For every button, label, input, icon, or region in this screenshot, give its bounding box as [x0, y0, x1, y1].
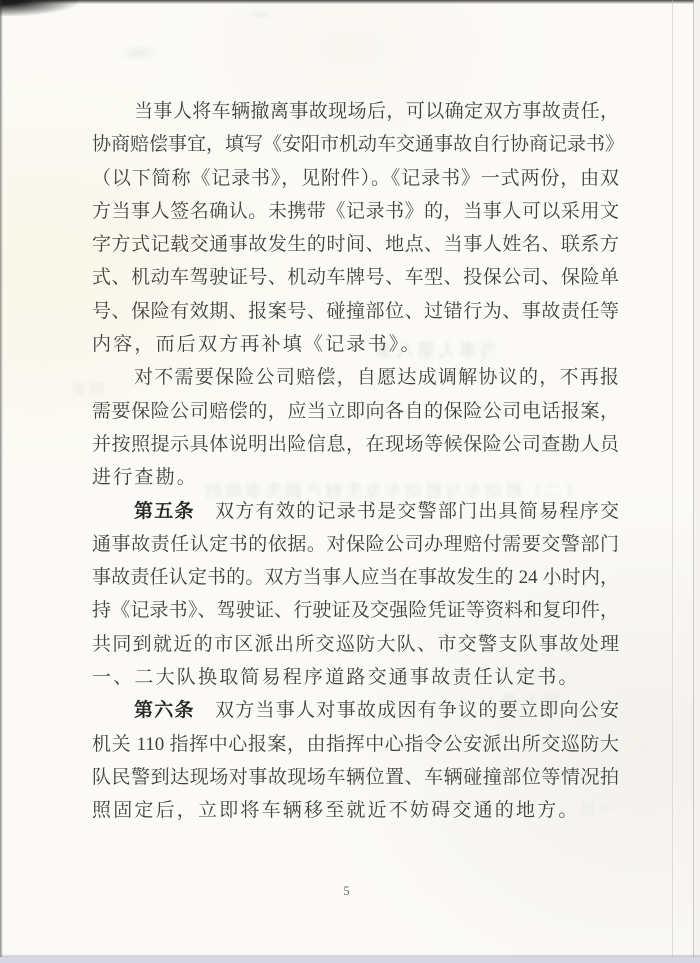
text-line: 一、二大队换取简易程序道路交通事故责任认定书。: [92, 661, 619, 694]
text-line: 协商赔偿事宜，填写《安阳市机动车交通事故自行协商记录书》: [92, 128, 619, 161]
scan-smudge: [118, 44, 160, 62]
text-block: 当事人将车辆撤离事故现场后，可以确定双方事故责任，协商赔偿事宜，填写《安阳市机动…: [92, 95, 619, 828]
text-line: 队民警到达现场对事故现场车辆位置、车辆碰撞部位等情况拍: [92, 761, 619, 794]
page-number: 5: [0, 884, 694, 899]
text-line: 第六条 双方当事人对事故成因有争议的要立即向公安: [92, 694, 619, 727]
text-line: 通事故责任认定书的依据。对保险公司办理赔付需要交警部门: [92, 528, 619, 561]
scan-edge-top: [0, 0, 700, 4]
text-line: 并按照提示具体说明出险信息，在现场等候保险公司查勘人员: [92, 428, 619, 461]
scan-smudge: [248, 10, 274, 20]
text-line: 当事人将车辆撤离事故现场后，可以确定双方事故责任，: [92, 95, 619, 128]
scanner-bed-bottom: [0, 957, 700, 963]
text-line: 内容，而后双方再补填《记录书》。: [92, 328, 619, 361]
text-line: 式、机动车驾驶证号、机动车牌号、车型、投保公司、保险单: [92, 261, 619, 294]
scanned-page: 当事人第八条 （二）机动车与机动车发生财产损失事故的 第七条 四定 一以 当事人…: [0, 0, 700, 963]
text-line: 方当事人签名确认。未携带《记录书》的，当事人可以采用文: [92, 195, 619, 228]
text-line: 进行查勘。: [92, 461, 619, 494]
text-line: 对不需要保险公司赔偿，自愿达成调解协议的，不再报案。: [92, 361, 619, 394]
article-number: 第六条: [134, 700, 195, 721]
text-line: （以下简称《记录书》，见附件）。《记录书》一式两份，由双: [92, 162, 619, 195]
article-number: 第五条: [134, 501, 195, 522]
text-line: 第五条 双方有效的记录书是交警部门出具简易程序交: [92, 495, 619, 528]
text-line: 需要保险公司赔偿的，应当立即向各自的保险公司电话报案，: [92, 395, 619, 428]
scan-edge-left: [0, 0, 3, 963]
text-line: 机关 110 指挥中心报案，由指挥中心指令公安派出所交巡防大: [92, 728, 619, 761]
text-line: 照固定后，立即将车辆移至就近不妨碍交通的地方。: [92, 794, 619, 827]
scanner-bed-right: [694, 0, 700, 957]
text-line: 号、保险有效期、报案号、碰撞部位、过错行为、事故责任等: [92, 295, 619, 328]
page-fold-line: [672, 0, 673, 957]
text-line: 持《记录书》、驾驶证、行驶证及交强险凭证等资料和复印件，: [92, 594, 619, 627]
text-line: 共同到就近的市区派出所交巡防大队、市交警支队事故处理: [92, 628, 619, 661]
text-line: 字方式记载交通事故发生的时间、地点、当事人姓名、联系方: [92, 228, 619, 261]
text-line: 事故责任认定书的。双方当事人应当在事故发生的 24 小时内，: [92, 561, 619, 594]
